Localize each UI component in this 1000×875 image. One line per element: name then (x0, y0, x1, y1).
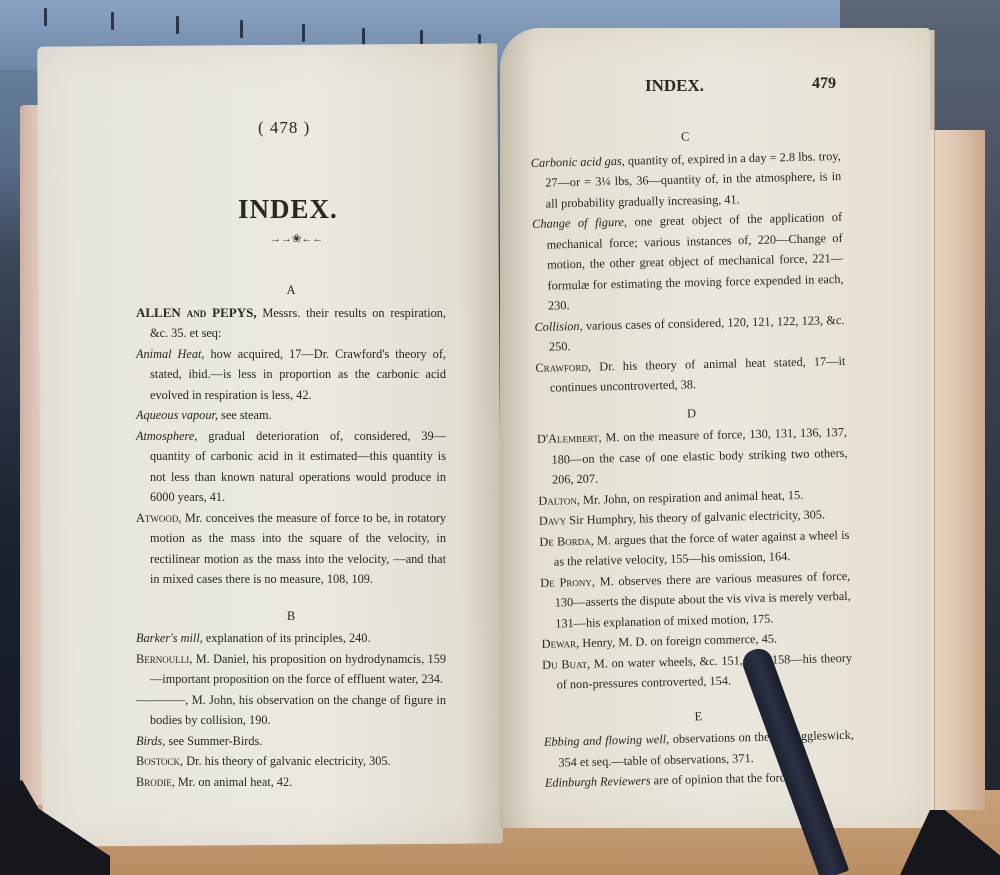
entry-head: ————, (136, 693, 188, 707)
entry-text: see Summer-Birds. (165, 734, 262, 748)
entry-text: explanation of its principles, 240. (203, 631, 371, 645)
index-entry: ALLEN and PEPYS, Messrs. their results o… (136, 303, 446, 344)
index-entry: De Prony, M. observes there are various … (540, 565, 851, 634)
entry-text: M. John, his observation on the change o… (150, 693, 446, 728)
entry-text: Mr. on animal heat, 42. (175, 775, 292, 789)
entry-text: Mr. John, on respiration and animal heat… (580, 487, 804, 506)
entry-text: M. observes there are various measures o… (555, 568, 851, 630)
index-entry: Brodie, Mr. on animal heat, 42. (136, 772, 446, 793)
left-index-column: A ALLEN and PEPYS, Messrs. their results… (136, 278, 446, 792)
index-entry: Bostock, Dr. his theory of galvanic elec… (136, 751, 446, 772)
index-entry: ————, M. John, his observation on the ch… (136, 690, 446, 731)
index-entry: Atwood, Mr. conceives the measure of for… (136, 508, 446, 590)
index-entry: De Borda, M. argues that the force of wa… (539, 524, 850, 572)
index-entry: D'Alembert, M. on the measure of force, … (537, 422, 848, 491)
entry-head: Carbonic acid gas, (531, 153, 625, 169)
index-entry: Atmosphere, gradual deterioration of, co… (136, 426, 446, 508)
index-entry: Bernoulli, M. Daniel, his proposition on… (136, 649, 446, 690)
wall-tick-mark (240, 20, 243, 38)
index-entry: Crawford, Dr. his theory of animal heat … (535, 350, 846, 398)
right-page-folio: 479 (812, 75, 836, 93)
entry-head: Du Buat, (542, 656, 590, 671)
wall-tick-mark (176, 16, 179, 34)
entry-head: Ebbing and flowing well, (544, 732, 670, 749)
entry-head: Aqueous vapour, (136, 408, 218, 422)
section-letter: A (136, 280, 446, 301)
entry-head: Animal Heat, (136, 347, 205, 361)
entry-text: see steam. (218, 408, 272, 422)
right-index-column: C Carbonic acid gas, quantity of, expire… (530, 121, 855, 793)
entry-head: Collision, (534, 318, 582, 333)
wall-tick-mark (44, 8, 47, 26)
entry-head: Atmosphere, (136, 429, 197, 443)
entry-head: Dalton, (538, 492, 580, 507)
entry-head: D'Alembert, (537, 430, 602, 445)
entry-text: M. argues that the force of water agains… (554, 527, 850, 568)
entry-head: Edinburgh Reviewers (545, 773, 651, 789)
entry-head: Birds, (136, 734, 165, 748)
entry-head: ALLEN and PEPYS, (136, 305, 257, 320)
entry-head: Change of figure, (532, 215, 627, 231)
wall-tick-mark (302, 24, 305, 42)
entry-head: Davy (539, 513, 567, 528)
entry-text: Henry, M. D. on foreign commerce, 45. (579, 632, 777, 650)
entry-text: Sir Humphry, his theory of galvanic elec… (566, 507, 825, 527)
entry-head: Brodie, (136, 775, 175, 789)
index-entry: Du Buat, M. on water wheels, &c. 151, 15… (542, 647, 853, 695)
entry-head: Barker's mill, (136, 631, 203, 645)
wall-tick-mark (111, 12, 114, 30)
entry-head: Dewar, (542, 636, 580, 651)
entry-head: Bostock, (136, 754, 183, 768)
entry-head: De Prony, (540, 574, 595, 589)
entry-text: M. on water wheels, &c. 151, 157, 158—hi… (556, 650, 852, 691)
entry-head: Bernoulli, (136, 652, 192, 666)
entry-head: Crawford, (535, 359, 591, 374)
entry-text: M. Daniel, his proposition on hydrodynam… (150, 652, 446, 687)
entry-head: De Borda, (539, 533, 594, 548)
left-page-folio: ( 478 ) (258, 118, 310, 138)
right-page-header: INDEX. (645, 76, 704, 96)
index-entry: Animal Heat, how acquired, 17—Dr. Crawfo… (136, 344, 446, 406)
index-entry: Collision, various cases of considered, … (534, 309, 845, 357)
left-page-title: INDEX. (238, 194, 338, 225)
section-letter: B (136, 606, 446, 627)
ornament-icon: →→❀←← (270, 232, 323, 245)
entry-head: Atwood, (136, 511, 181, 525)
index-entry: Aqueous vapour, see steam. (136, 405, 446, 426)
entry-text: various cases of considered, 120, 121, 1… (549, 312, 845, 353)
index-entry: Birds, see Summer-Birds. (136, 731, 446, 752)
index-entry: Carbonic acid gas, quantity of, expired … (531, 145, 842, 214)
entry-text: Dr. his theory of animal heat stated, 17… (550, 353, 846, 394)
wall-tick-mark (362, 28, 365, 46)
entry-text: Mr. conceives the measure of force to be… (150, 511, 446, 587)
entry-text: Dr. his theory of galvanic electricity, … (183, 754, 391, 768)
index-entry: Barker's mill, explanation of its princi… (136, 628, 446, 649)
index-entry: Change of figure, one great object of th… (532, 207, 844, 317)
